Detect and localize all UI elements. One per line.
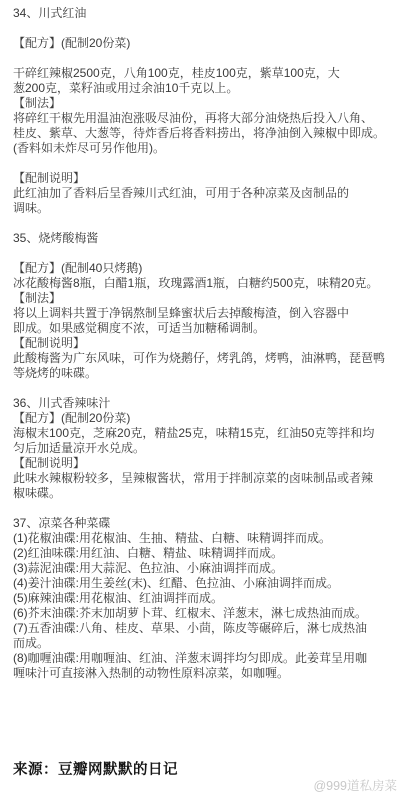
text-line: 将以上调料共置于净锅熬制呈蜂蜜状后去掉酸梅渣，倒入容器中 bbox=[13, 306, 392, 321]
section-37-title: 37、凉菜各种菜碟 bbox=[13, 516, 392, 531]
list-item-line: (5)麻辣油碟:用花椒油、红油调拌而成。 bbox=[13, 591, 392, 606]
field-label-line: 【配方】(配制20份菜) bbox=[13, 36, 392, 51]
field-label-line: 【配方】(配制20份菜) bbox=[13, 411, 392, 426]
list-item-line: (3)蒜泥油碟:用大蒜泥、色拉油、小麻油调拌而成。 bbox=[13, 561, 392, 576]
field-label-line: 【配制说明】 bbox=[13, 171, 392, 186]
list-item-line: (8)咖喱油碟:用咖喱油、红油、洋葱末调拌均匀即成。此姜茸呈用咖 bbox=[13, 651, 392, 666]
text-line: 葱200克，菜籽油或用过余油10千克以上。 bbox=[13, 81, 392, 96]
blank-line bbox=[13, 51, 392, 66]
text-line: 等烧烤的味碟。 bbox=[13, 366, 392, 381]
list-item-line: (2)红油味碟:用红油、白糖、精盐、味精调拌而成。 bbox=[13, 546, 392, 561]
field-label-line: 【配制说明】 bbox=[13, 456, 392, 471]
blank-line bbox=[13, 21, 392, 36]
text-line: 椒味碟。 bbox=[13, 486, 392, 501]
blank-line bbox=[13, 501, 392, 516]
blank-line bbox=[13, 246, 392, 261]
field-label-line: 【制法】 bbox=[13, 291, 392, 306]
text-line: 海椒末100克，芝麻20克，精盐25克，味精15克，红油50克等拌和均 bbox=[13, 426, 392, 441]
blank-line bbox=[13, 381, 392, 396]
field-label-line: 【制法】 bbox=[13, 96, 392, 111]
recipe-text-body: 34、川式红油 【配方】(配制20份菜) 干碎红辣椒2500克，八角100克，桂… bbox=[13, 6, 392, 681]
text-line: 将碎红干椒先用温油泡涨吸尽油份，再将大部分油烧热后投入八角、 bbox=[13, 111, 392, 126]
list-item-line: (4)姜汁油碟:用生姜丝(末)、红醋、色拉油、小麻油调拌而成。 bbox=[13, 576, 392, 591]
list-item-line: (1)花椒油碟:用花椒油、生抽、精盐、白糖、味精调拌而成。 bbox=[13, 531, 392, 546]
source-attribution: 来源：豆瓣网默默的日记 bbox=[13, 758, 178, 779]
list-item-line: (6)芥末油碟:芥末加胡萝卜茸、红椒末、洋葱末，淋七成热油而成。 bbox=[13, 606, 392, 621]
list-item-line: 而成。 bbox=[13, 636, 392, 651]
text-line: 匀后加适量凉开水兑成。 bbox=[13, 441, 392, 456]
text-line: 干碎红辣椒2500克，八角100克，桂皮100克，紫草100克，大 bbox=[13, 66, 392, 81]
text-line: 调味。 bbox=[13, 201, 392, 216]
page: { "page": { "background": "#ffffff", "te… bbox=[0, 0, 400, 797]
field-label-line: 【配制说明】 bbox=[13, 336, 392, 351]
text-line: 桂皮、紫草、大葱等，待炸香后将香料捞出，将净油倒入辣椒中即成。 bbox=[13, 126, 392, 141]
text-line: (香料如未炸尽可另作他用)。 bbox=[13, 141, 392, 156]
text-line: 即成。如果感觉稠度不浓，可适当加糖稀调制。 bbox=[13, 321, 392, 336]
section-35-title: 35、烧烤酸梅酱 bbox=[13, 231, 392, 246]
section-34-title: 34、川式红油 bbox=[13, 6, 392, 21]
blank-line bbox=[13, 156, 392, 171]
watermark-text: @999道私房菜 bbox=[313, 776, 397, 794]
text-line: 此味水辣椒粉较多，呈辣椒酱状，常用于拌制凉菜的卤味制品或者辣 bbox=[13, 471, 392, 486]
blank-line bbox=[13, 216, 392, 231]
section-36-title: 36、川式香辣味汁 bbox=[13, 396, 392, 411]
list-item-line: (7)五香油碟:八角、桂皮、草果、小茴，陈皮等碾碎后，淋七成热油 bbox=[13, 621, 392, 636]
field-label-line: 【配方】(配制40只烤鹅) bbox=[13, 261, 392, 276]
text-line: 此红油加了香料后呈香辣川式红油，可用于各种凉菜及卤制品的 bbox=[13, 186, 392, 201]
text-line: 冰花酸梅酱8瓶，白醋1瓶，玫瑰露酒1瓶，白糖约500克，味精20克。 bbox=[13, 276, 392, 291]
text-line: 此酸梅酱为广东风味，可作为烧鹅仔，烤乳鸽，烤鸭，油淋鸭，琵琶鸭 bbox=[13, 351, 392, 366]
list-item-line: 喱味汁可直接淋入热制的动物性原料凉菜，如咖喱。 bbox=[13, 666, 392, 681]
